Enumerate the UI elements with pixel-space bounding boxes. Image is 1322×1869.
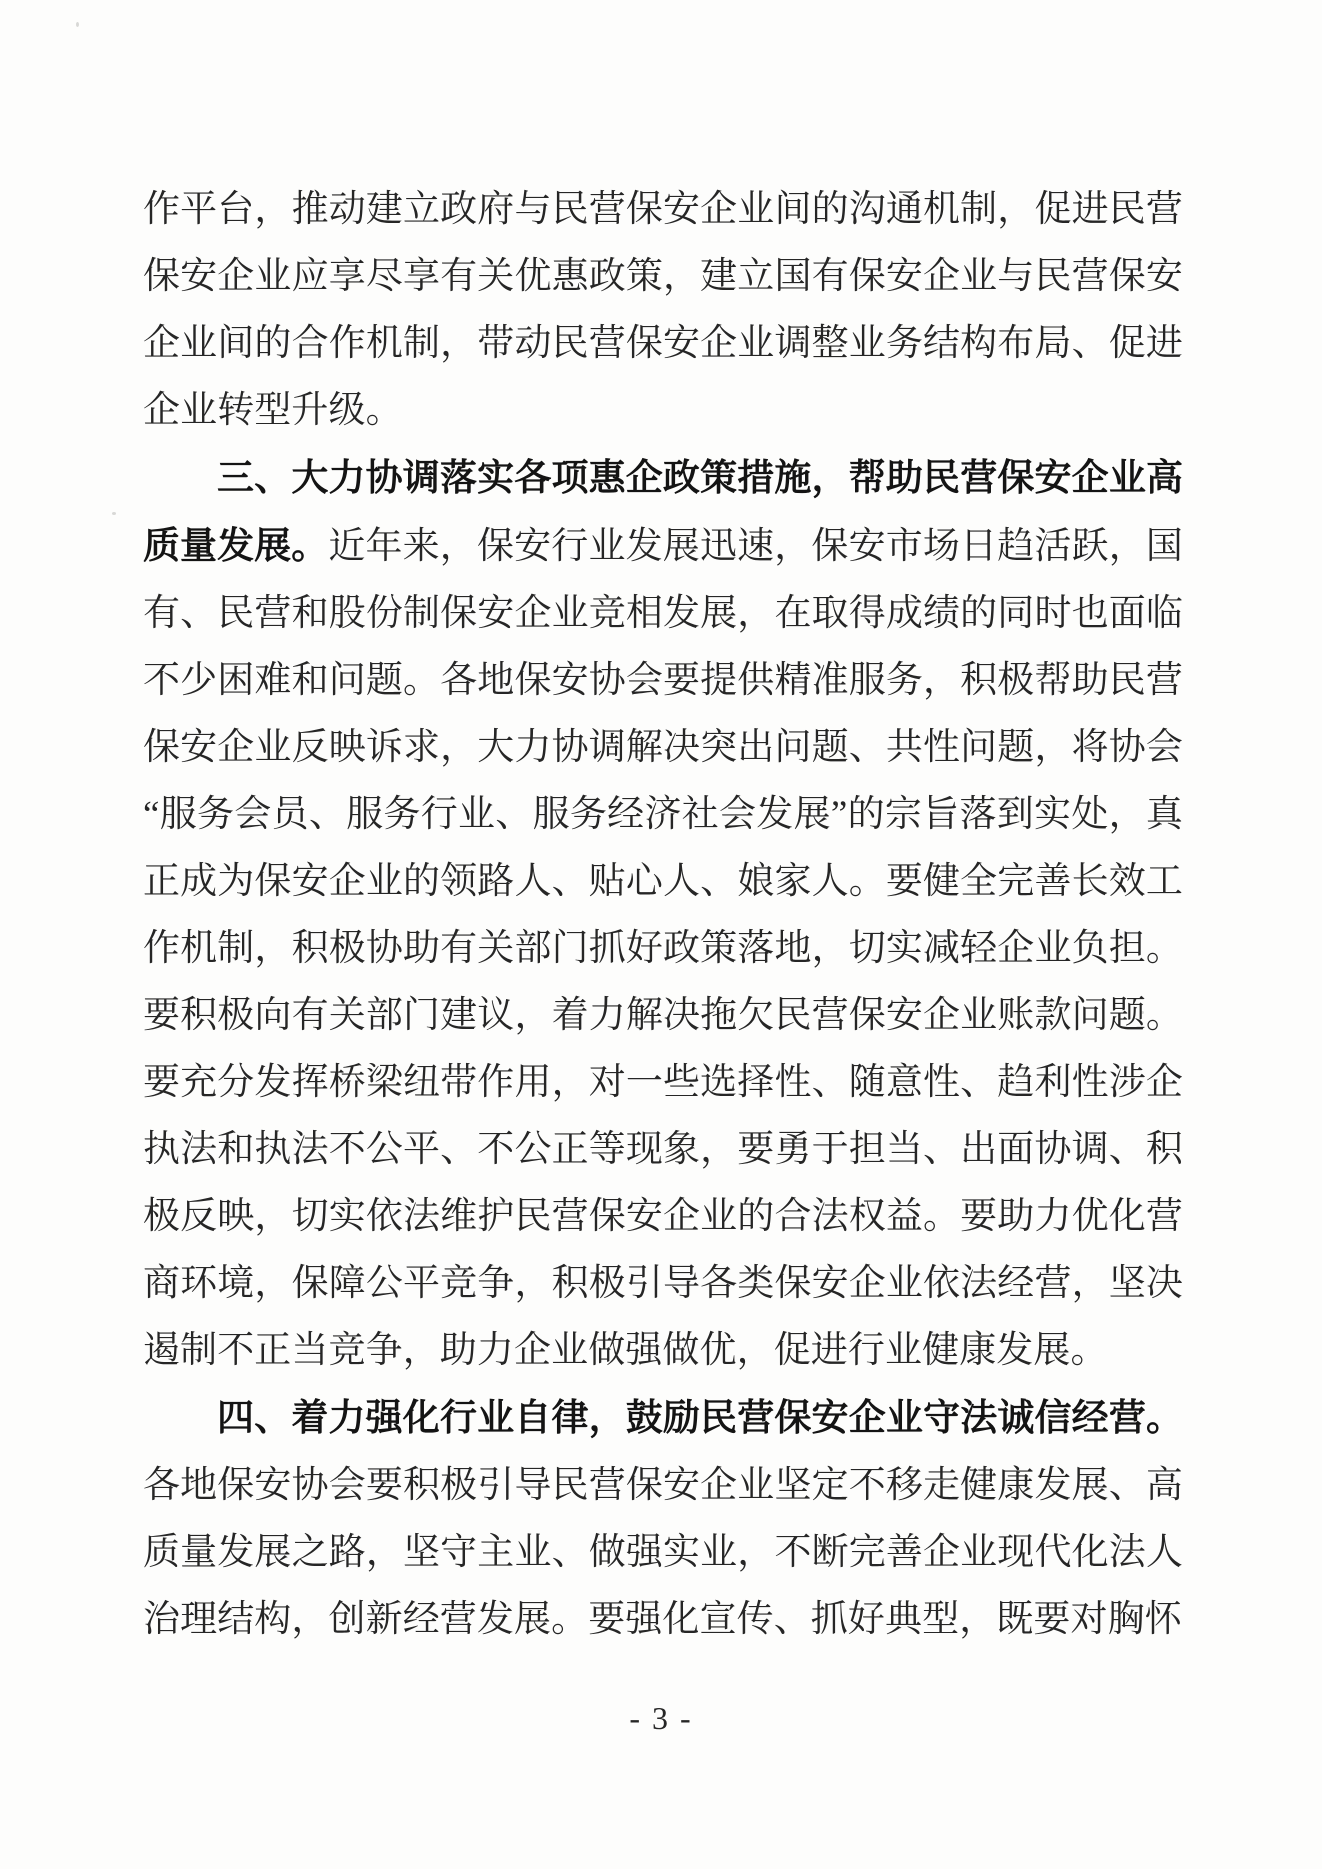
scan-speck [112,512,116,515]
document-body: 作平台，推动建立政府与民营保安企业间的沟通机制，促进民营保安企业应享尽享有关优惠… [143,176,1183,1653]
paragraph-continuation: 作平台，推动建立政府与民营保安企业间的沟通机制，促进民营保安企业应享尽享有关优惠… [143,176,1183,444]
paragraph-section-4: 四、着力强化行业自律，鼓励民营保安企业守法诚信经营。各地保安协会要积极引导民营保… [143,1384,1183,1653]
document-page: 作平台，推动建立政府与民营保安企业间的沟通机制，促进民营保安企业应享尽享有关优惠… [0,0,1322,1869]
paragraph-text: 作平台，推动建立政府与民营保安企业间的沟通机制，促进民营保安企业应享尽享有关优惠… [143,189,1183,431]
section-heading-4: 四、着力强化行业自律，鼓励民营保安企业守法诚信经营。 [217,1397,1183,1438]
paragraph-text: 各地保安协会要积极引导民营保安企业坚定不移走健康发展、高质量发展之路，坚守主业、… [143,1465,1183,1640]
scan-speck [76,22,79,27]
paragraph-section-3: 三、大力协调落实各项惠企政策措施，帮助民营保安企业高质量发展。近年来，保安行业发… [143,444,1183,1384]
paragraph-text: 近年来，保安行业发展迅速，保安市场日趋活跃，国有、民营和股份制保安企业竞相发展，… [143,526,1183,1371]
page-number: - 3 - [0,1700,1322,1737]
